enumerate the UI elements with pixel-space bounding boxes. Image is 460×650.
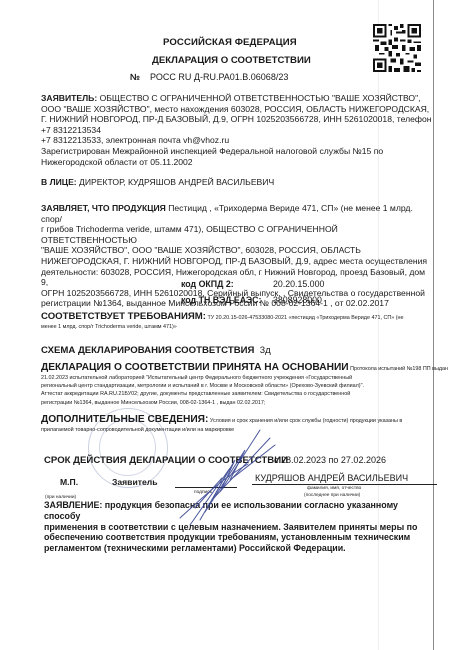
name-caption: фамилия, имя, отчество bbox=[307, 486, 361, 491]
basis-line: региональный центр стандартизации, метро… bbox=[41, 382, 433, 390]
document-title: ДЕКЛАРАЦИЯ О СООТВЕТСТВИИ bbox=[152, 55, 311, 66]
product-section: ЗАЯВЛЯЕТ, ЧТО ПРОДУКЦИЯ Пестицид , «Трих… bbox=[41, 203, 433, 309]
applicant-line: ООО "ВАШЕ ХОЗЯЙСТВО", место нахождения 6… bbox=[41, 104, 433, 115]
okpd-value: 20.20.15.000 bbox=[273, 279, 324, 289]
page-edge-line bbox=[433, 0, 434, 650]
representative-value: ДИРЕКТОР, КУДРЯШОВ АНДРЕЙ ВАСИЛЬЕВИЧ bbox=[77, 177, 275, 187]
requirements-label: СООТВЕТСТВУЕТ ТРЕБОВАНИЯМ: bbox=[41, 311, 206, 322]
handwritten-signature bbox=[160, 420, 280, 530]
scheme-section: СХЕМА ДЕКЛАРИРОВАНИЯ СООТВЕТСТВИЯ 3д bbox=[41, 346, 433, 357]
applicant-line: Нижегородской области от 05.11.2002 bbox=[41, 157, 433, 168]
product-label: ЗАЯВЛЯЕТ, ЧТО ПРОДУКЦИЯ bbox=[41, 203, 166, 213]
declaration-page: РОССИЙСКАЯ ФЕДЕРАЦИЯ ДЕКЛАРАЦИЯ О СООТВЕ… bbox=[0, 0, 460, 650]
basis-line: 21.02.2023 испытательной лабораторией "И… bbox=[41, 374, 433, 382]
country-title: РОССИЙСКАЯ ФЕДЕРАЦИЯ bbox=[163, 37, 297, 48]
applicant-phone: +7 8312213534 bbox=[41, 125, 433, 136]
declaration-number: №РОСС RU Д-RU.PA01.B.06068/23 bbox=[130, 72, 288, 82]
tnved-label: код ТН ВЭД ЕАЭС: bbox=[181, 295, 261, 305]
number-sign: № bbox=[130, 72, 140, 82]
basis-line: регистрации №1364, выданное Минсельхозом… bbox=[41, 399, 433, 407]
applicant-sign-label: Заявитель bbox=[112, 477, 157, 487]
applicant-line: Г. НИЖНИЙ НОВГОРОД, ПР-Д БАЗОВЫЙ, Д.9, О… bbox=[41, 114, 433, 125]
basis-line: Аттестат аккредитации RA.RU.21БУ02; друг… bbox=[41, 390, 433, 398]
applicant-label: ЗАЯВИТЕЛЬ: bbox=[41, 93, 97, 103]
product-line: деятельности: 603028, РОССИЯ, Нижегородс… bbox=[41, 267, 433, 288]
name-caption-2: (последнее при наличии) bbox=[304, 493, 360, 498]
scheme-label: СХЕМА ДЕКЛАРИРОВАНИЯ СООТВЕТСТВИЯ bbox=[41, 345, 254, 356]
okpd-label: код ОКПД 2: bbox=[181, 279, 234, 289]
basis-label: ДЕКЛАРАЦИЯ О СООТВЕТСТВИИ ПРИНЯТА НА ОСН… bbox=[41, 362, 349, 373]
applicant-line: ОБЩЕСТВО С ОГРАНИЧЕННОЙ ОТВЕТСТВЕННОСТЬЮ… bbox=[97, 93, 420, 103]
applicant-section: ЗАЯВИТЕЛЬ: ОБЩЕСТВО С ОГРАНИЧЕННОЙ ОТВЕТ… bbox=[41, 93, 433, 167]
product-line: НИЖЕГОРОДСКАЯ, Г. НИЖНИЙ НОВГОРОД, ПР-Д … bbox=[41, 256, 433, 267]
product-line: г грибов Trichoderma veride, штамм 471),… bbox=[41, 224, 433, 245]
statement-line: обеспечению соответствия продукции требо… bbox=[44, 532, 424, 543]
representative-label: В ЛИЦЕ: bbox=[41, 177, 77, 187]
product-line: "ВАШЕ ХОЗЯЙСТВО", ООО "ВАШЕ ХОЗЯЙСТВО", … bbox=[41, 245, 433, 256]
stamp-place-label: М.П. bbox=[60, 477, 78, 487]
validity-value: с 28.02.2023 по 27.02.2026 bbox=[274, 455, 386, 465]
statement-line: регламентом (техническими регламентами) … bbox=[44, 543, 424, 554]
tnved-value: 3808928000 bbox=[273, 295, 322, 305]
seal-stamp bbox=[88, 408, 168, 488]
requirements-line: менее 1 млрд. спор/г Trichoderma veride,… bbox=[41, 323, 433, 331]
applicant-line: Зарегистрирован Межрайонной инспекцией Ф… bbox=[41, 146, 433, 157]
basis-line: Протокола испытаний №198 ПП выдан bbox=[349, 366, 448, 372]
number-value: РОСС RU Д-RU.PA01.B.06068/23 bbox=[150, 72, 288, 82]
qr-code-icon bbox=[373, 22, 421, 74]
applicant-email: +7 8312213533, электронная почта vh@vhoz… bbox=[41, 135, 433, 146]
requirements-section: СООТВЕТСТВУЕТ ТРЕБОВАНИЯМ: ТУ 20.20.15-0… bbox=[41, 311, 433, 331]
representative-section: В ЛИЦЕ: ДИРЕКТОР, КУДРЯШОВ АНДРЕЙ ВАСИЛЬ… bbox=[41, 177, 433, 188]
basis-section: ДЕКЛАРАЦИЯ О СООТВЕТСТВИИ ПРИНЯТА НА ОСН… bbox=[41, 362, 433, 407]
scheme-value: 3д bbox=[260, 345, 271, 356]
requirements-line: ТУ 20.20.15-026-47533080-2021 «пестицид … bbox=[206, 315, 404, 321]
